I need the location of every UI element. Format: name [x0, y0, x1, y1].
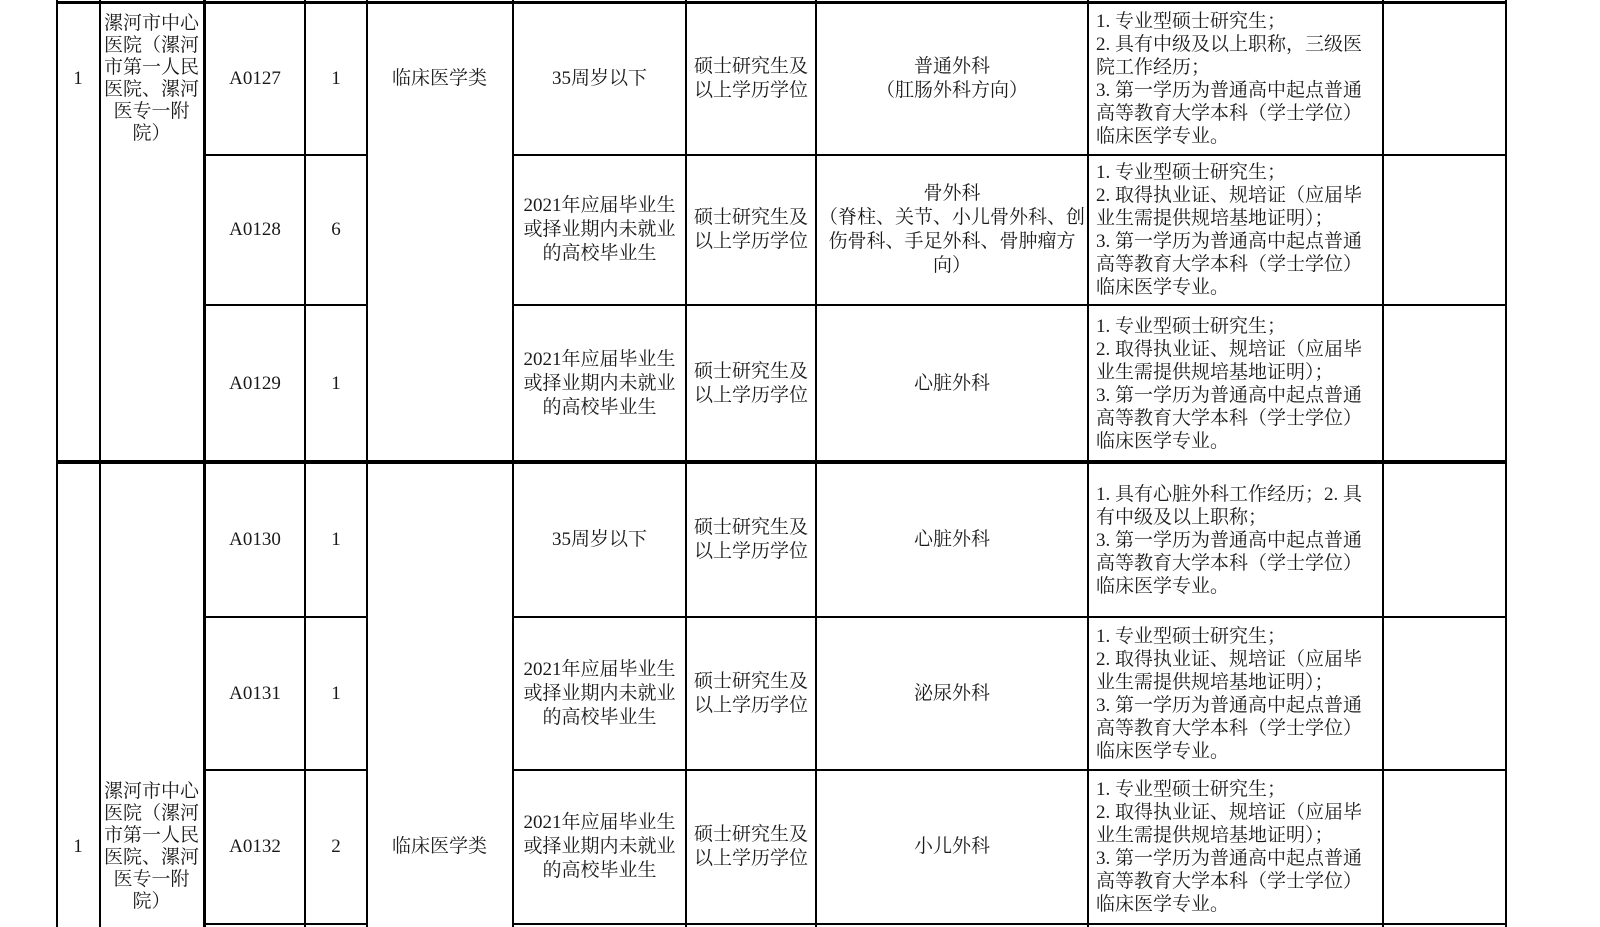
cell-department: 心脏外科: [817, 464, 1087, 616]
cell-requirements: 1. 专业型硕士研究生； 2. 取得执业证、规培证（应届毕业生需提供规培基地证明…: [1089, 155, 1382, 305]
cell-code: A0129: [206, 305, 304, 463]
requirement-item: 3. 第一学历为普通高中起点普通高等教育大学本科（学士学位）临床医学专业。: [1096, 529, 1379, 598]
cell-code: A0127: [206, 2, 304, 155]
cell-unit-bottom: 漯河市中心医院（漯河市第一人民医院、漯河医专一附院）: [100, 770, 203, 923]
requirement-item: 3. 第一学历为普通高中起点普通高等教育大学本科（学士学位）临床医学专业。: [1096, 384, 1379, 453]
requirement-item: 2. 取得执业证、规培证（应届毕业生需提供规培基地证明）；: [1096, 184, 1379, 230]
cell-age: 2021年应届毕业生或择业期内未就业的高校毕业生: [514, 155, 685, 305]
cell-code: A0132: [206, 771, 304, 923]
cell-age: 2021年应届毕业生或择业期内未就业的高校毕业生: [514, 618, 685, 769]
requirement-item: 1. 专业型硕士研究生；: [1096, 10, 1379, 33]
department-title: 小儿外科: [914, 835, 990, 859]
department-sub: （脊柱、关节、小儿骨外科、创伤骨科、手足外科、骨肿瘤方向）: [819, 206, 1085, 278]
department-title: 心脏外科: [914, 372, 990, 396]
department-sub: （肛肠外科方向）: [876, 79, 1028, 103]
cell-code: A0128: [206, 155, 304, 305]
cell-department: 泌尿外科: [817, 618, 1087, 769]
recruitment-table-page: 1 漯河市中心医院（漯河市第一人民医院、漯河医专一附院） 临床医学类 1 漯河市…: [0, 0, 1600, 927]
cell-department: 普通外科 （肛肠外科方向）: [817, 2, 1087, 155]
cell-requirements: 1. 专业型硕士研究生； 2. 具有中级及以上职称，三级医院工作经历； 3. 第…: [1089, 2, 1382, 155]
cell-degree: 硕士研究生及以上学历学位: [687, 771, 815, 923]
cell-count: 2: [306, 771, 366, 923]
cell-code: A0130: [206, 464, 304, 616]
requirement-item: 2. 具有中级及以上职称，三级医院工作经历；: [1096, 33, 1379, 79]
requirement-item: 3. 第一学历为普通高中起点普通高等教育大学本科（学士学位）临床医学专业。: [1096, 694, 1379, 763]
cell-degree: 硕士研究生及以上学历学位: [687, 2, 815, 155]
cell-count: 1: [306, 305, 366, 463]
cell-unit-top: 漯河市中心医院（漯河市第一人民医院、漯河医专一附院）: [100, 2, 203, 155]
requirement-item: 3. 第一学历为普通高中起点普通高等教育大学本科（学士学位）临床医学专业。: [1096, 79, 1379, 148]
cell-code: A0131: [206, 618, 304, 769]
requirement-item: 1. 专业型硕士研究生；: [1096, 161, 1379, 184]
cell-serial-bottom: 1: [57, 770, 99, 923]
requirement-item: 3. 第一学历为普通高中起点普通高等教育大学本科（学士学位）临床医学专业。: [1096, 847, 1379, 916]
cell-degree: 硕士研究生及以上学历学位: [687, 618, 815, 769]
department-title: 心脏外科: [914, 528, 990, 552]
cell-age: 2021年应届毕业生或择业期内未就业的高校毕业生: [514, 305, 685, 463]
cell-degree: 硕士研究生及以上学历学位: [687, 155, 815, 305]
cell-requirements: 1. 具有心脏外科工作经历；2. 具有中级及以上职称； 3. 第一学历为普通高中…: [1089, 464, 1382, 616]
department-title: 泌尿外科: [914, 682, 990, 706]
cell-requirements: 1. 专业型硕士研究生； 2. 取得执业证、规培证（应届毕业生需提供规培基地证明…: [1089, 771, 1382, 923]
cell-category-top: 临床医学类: [367, 2, 512, 155]
grid-line: [512, 923, 1507, 925]
cell-serial-top: 1: [57, 2, 99, 155]
cell-department: 心脏外科: [817, 305, 1087, 463]
cell-degree: 硕士研究生及以上学历学位: [687, 305, 815, 463]
requirement-item: 1. 具有心脏外科工作经历；2. 具有中级及以上职称；: [1096, 483, 1379, 529]
cell-age: 2021年应届毕业生或择业期内未就业的高校毕业生: [514, 771, 685, 923]
requirement-item: 1. 专业型硕士研究生；: [1096, 625, 1379, 648]
requirement-item: 2. 取得执业证、规培证（应届毕业生需提供规培基地证明）；: [1096, 801, 1379, 847]
cell-requirements: 1. 专业型硕士研究生； 2. 取得执业证、规培证（应届毕业生需提供规培基地证明…: [1089, 618, 1382, 769]
cell-category-bottom: 临床医学类: [367, 770, 512, 923]
cell-department: 小儿外科: [817, 771, 1087, 923]
requirement-item: 2. 取得执业证、规培证（应届毕业生需提供规培基地证明）；: [1096, 648, 1379, 694]
cell-age: 35周岁以下: [514, 2, 685, 155]
cell-count: 1: [306, 2, 366, 155]
department-title: 骨外科: [923, 182, 980, 206]
requirement-item: 2. 取得执业证、规培证（应届毕业生需提供规培基地证明）；: [1096, 338, 1379, 384]
cell-department: 骨外科 （脊柱、关节、小儿骨外科、创伤骨科、手足外科、骨肿瘤方向）: [817, 155, 1087, 305]
requirement-item: 1. 专业型硕士研究生；: [1096, 315, 1379, 338]
requirement-item: 3. 第一学历为普通高中起点普通高等教育大学本科（学士学位）临床医学专业。: [1096, 230, 1379, 299]
cell-degree: 硕士研究生及以上学历学位: [687, 464, 815, 616]
department-title: 普通外科: [914, 55, 990, 79]
cell-count: 6: [306, 155, 366, 305]
cell-requirements: 1. 专业型硕士研究生； 2. 取得执业证、规培证（应届毕业生需提供规培基地证明…: [1089, 305, 1382, 463]
cell-age: 35周岁以下: [514, 464, 685, 616]
cell-count: 1: [306, 464, 366, 616]
grid-line: [203, 923, 368, 925]
cell-count: 1: [306, 618, 366, 769]
requirement-item: 1. 专业型硕士研究生；: [1096, 778, 1379, 801]
